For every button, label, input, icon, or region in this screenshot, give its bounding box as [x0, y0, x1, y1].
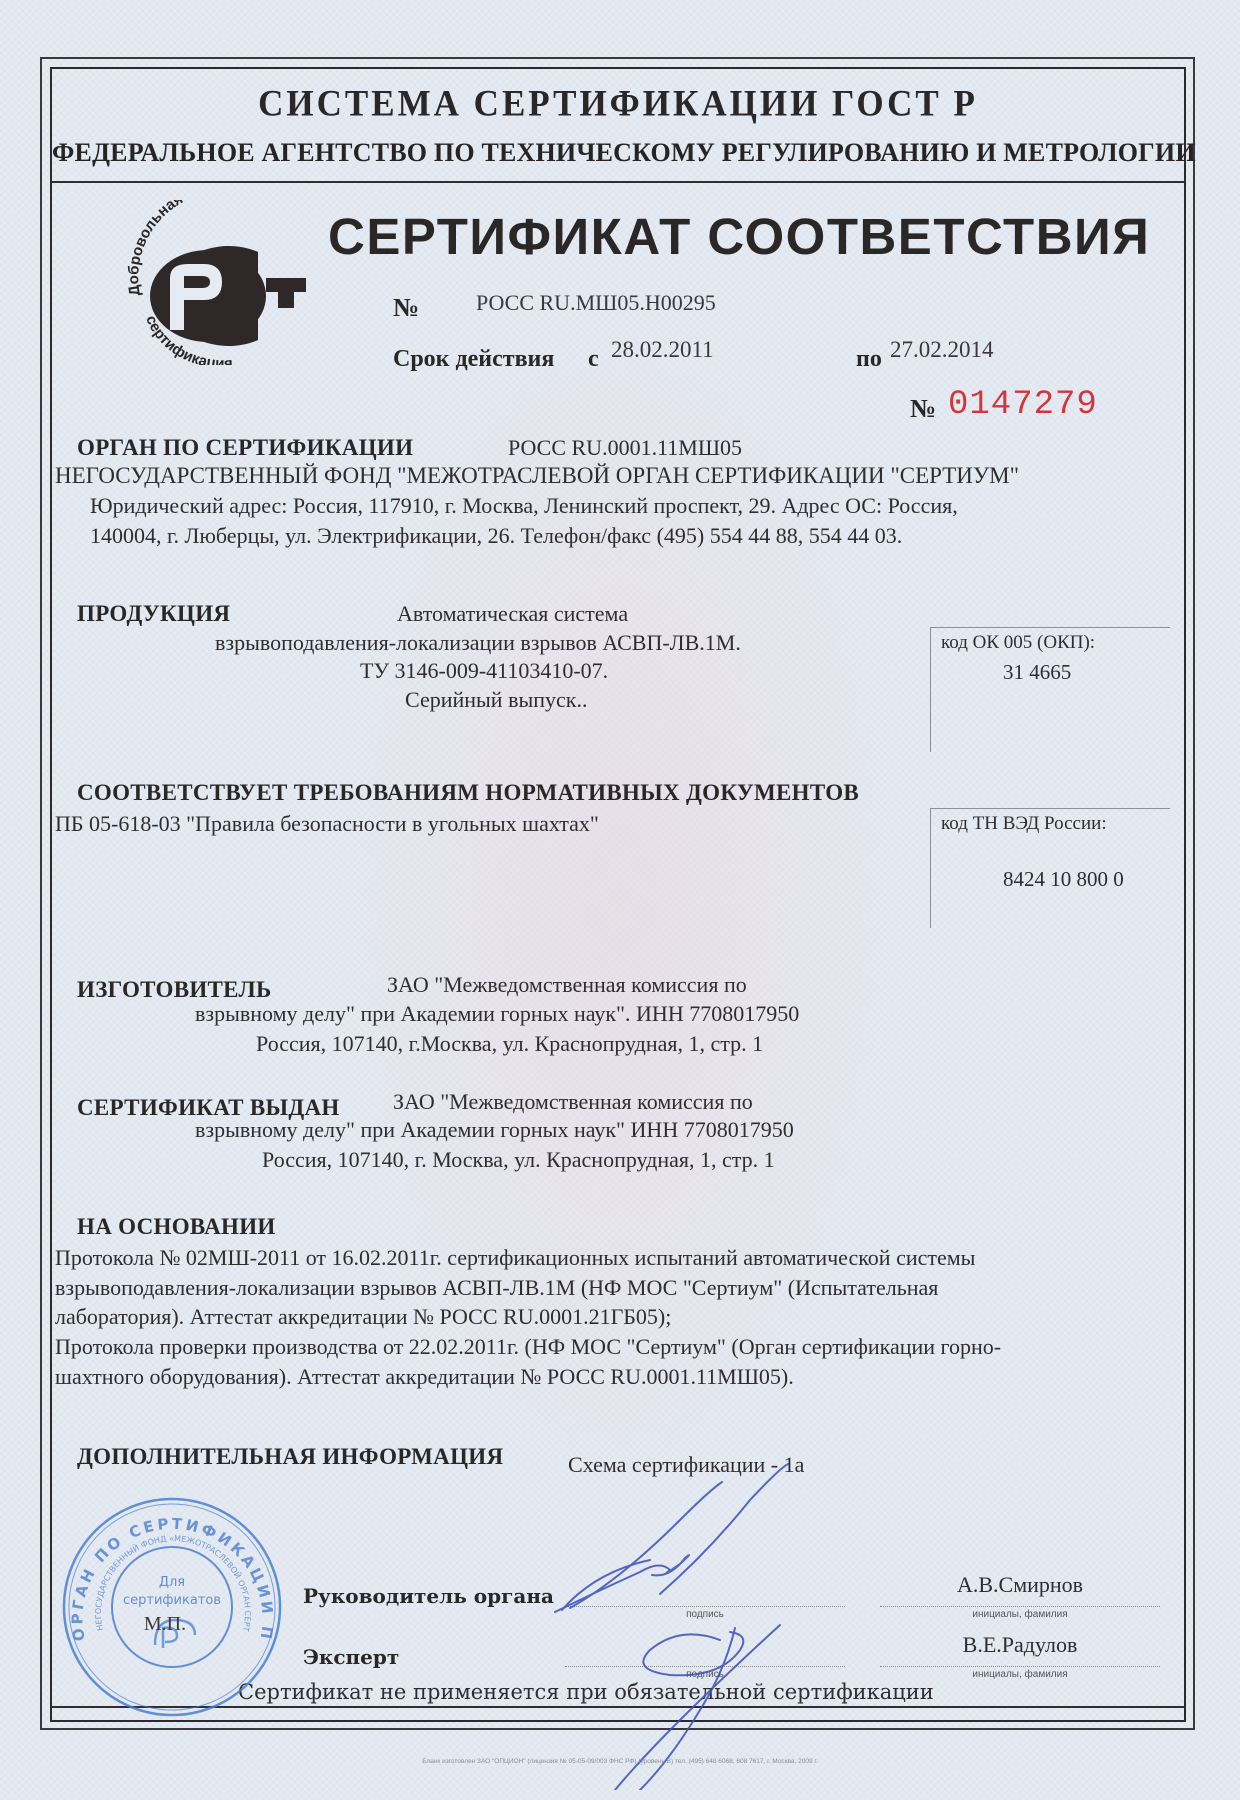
document-title: СЕРТИФИКАТ СООТВЕТСТВИЯ	[328, 207, 1150, 266]
valid-to-label: по	[856, 346, 882, 373]
tnved-code-box: код ТН ВЭД России: 8424 10 800 0	[930, 808, 1170, 928]
conformity-document: ПБ 05-618-03 "Правила безопасности в уго…	[55, 811, 599, 837]
tnved-code-label: код ТН ВЭД России:	[941, 813, 1107, 835]
agency-name: ФЕДЕРАЛЬНОЕ АГЕНТСТВО ПО ТЕХНИЧЕСКОМУ РЕ…	[52, 138, 1184, 168]
serial-sign: №	[910, 394, 936, 424]
manufacturer-line-3: Россия, 107140, г.Москва, ул. Краснопруд…	[256, 1031, 763, 1057]
header-divider	[52, 181, 1184, 183]
stamp-center-line-2: сертификатов	[123, 1593, 221, 1608]
seal-stamp-icon: ОРГАН ПО СЕРТИФИКАЦИИ ПРОДУКЦИИ НЕГОСУДА…	[55, 1490, 290, 1725]
expert-name-caption: инициалы, фамилия	[880, 1669, 1160, 1680]
system-title: СИСТЕМА СЕРТИФИКАЦИИ ГОСТ Р	[52, 83, 1184, 125]
head-signature-caption: подпись	[565, 1609, 845, 1620]
product-label: ПРОДУКЦИЯ	[77, 601, 230, 627]
issued-to-line-1: ЗАО "Межведомственная комиссия по	[393, 1089, 753, 1115]
product-line-4: Серийный выпуск..	[405, 687, 587, 713]
valid-to-date: 27.02.2014	[890, 337, 994, 363]
issued-to-line-2: взрывному делу" при Академии горных наук…	[195, 1117, 794, 1143]
head-name-caption: инициалы, фамилия	[880, 1609, 1160, 1620]
valid-from-label: с	[588, 346, 599, 373]
head-role-label: Руководитель органа	[303, 1584, 554, 1608]
expert-role-label: Эксперт	[303, 1645, 399, 1669]
expert-name: В.Е.Радулов	[880, 1632, 1160, 1658]
issued-to-line-3: Россия, 107140, г. Москва, ул. Краснопру…	[262, 1147, 775, 1173]
okp-code-value: 31 4665	[1003, 660, 1071, 685]
serial-number: 0147279	[948, 386, 1098, 424]
stamp-center-line-1: Для	[159, 1575, 185, 1590]
expert-signature-caption: подпись	[565, 1669, 845, 1680]
manufacturer-label: ИЗГОТОВИТЕЛЬ	[77, 977, 271, 1003]
certification-body-address-1: Юридический адрес: Россия, 117910, г. Мо…	[90, 493, 958, 519]
expert-name-line	[880, 1666, 1160, 1668]
conformity-label: СООТВЕТСТВУЕТ ТРЕБОВАНИЯМ НОРМАТИВНЫХ ДО…	[77, 780, 859, 806]
basis-line-4: Протокола проверки производства от 22.02…	[55, 1334, 1001, 1360]
manufacturer-line-2: взрывному делу" при Академии горных наук…	[195, 1001, 799, 1027]
certification-body-code: РОСС RU.0001.11МШ05	[508, 435, 742, 461]
voluntary-note: Сертификат не применяется при обязательн…	[238, 1680, 934, 1704]
valid-from-date: 28.02.2011	[611, 337, 714, 363]
basis-label: НА ОСНОВАНИИ	[77, 1214, 276, 1240]
blank-printer-fine-print: Бланк изготовлен ЗАО "ОПЦИОН" (лицензия …	[250, 1758, 990, 1765]
manufacturer-line-1: ЗАО "Межведомственная комиссия по	[387, 972, 747, 998]
okp-code-label: код ОК 005 (ОКП):	[941, 632, 1095, 654]
expert-signature-line	[565, 1666, 845, 1668]
certification-body-name: НЕГОСУДАРСТВЕННЫЙ ФОНД "МЕЖОТРАСЛЕВОЙ ОР…	[55, 463, 1019, 489]
certification-body-address-2: 140004, г. Люберцы, ул. Электрификации, …	[90, 523, 902, 549]
product-line-1: Автоматическая система	[397, 601, 628, 627]
rst-mark-icon: Добровольная сертификация	[118, 200, 328, 365]
basis-line-2: взрывоподавления-локализации взрывов АСВ…	[55, 1275, 938, 1301]
seal-mark: М.П.	[144, 1613, 186, 1635]
basis-line-1: Протокола № 02МШ-2011 от 16.02.2011г. се…	[55, 1245, 975, 1271]
basis-line-3: лаборатория). Аттестат аккредитации № РО…	[55, 1304, 671, 1330]
validity-label: Срок действия	[393, 346, 554, 373]
okp-code-box: код ОК 005 (ОКП): 31 4665	[930, 627, 1170, 752]
certification-scheme: Схема сертификации - 1а	[568, 1452, 804, 1478]
additional-info-label: ДОПОЛНИТЕЛЬНАЯ ИНФОРМАЦИЯ	[77, 1444, 503, 1470]
certification-body-label: ОРГАН ПО СЕРТИФИКАЦИИ	[77, 435, 413, 461]
certificate-number: РОСС RU.МШ05.Н00295	[476, 290, 716, 316]
product-line-3: ТУ 3146-009-41103410-07.	[360, 658, 608, 684]
head-name-line	[880, 1606, 1160, 1608]
head-name: А.В.Смирнов	[880, 1572, 1160, 1598]
basis-line-5: шахтного оборудования). Аттестат аккреди…	[55, 1364, 794, 1390]
number-sign: №	[393, 293, 419, 323]
tnved-code-value: 8424 10 800 0	[1003, 867, 1124, 892]
head-signature-line	[565, 1606, 845, 1608]
product-line-2: взрывоподавления-локализации взрывов АСВ…	[215, 630, 741, 656]
